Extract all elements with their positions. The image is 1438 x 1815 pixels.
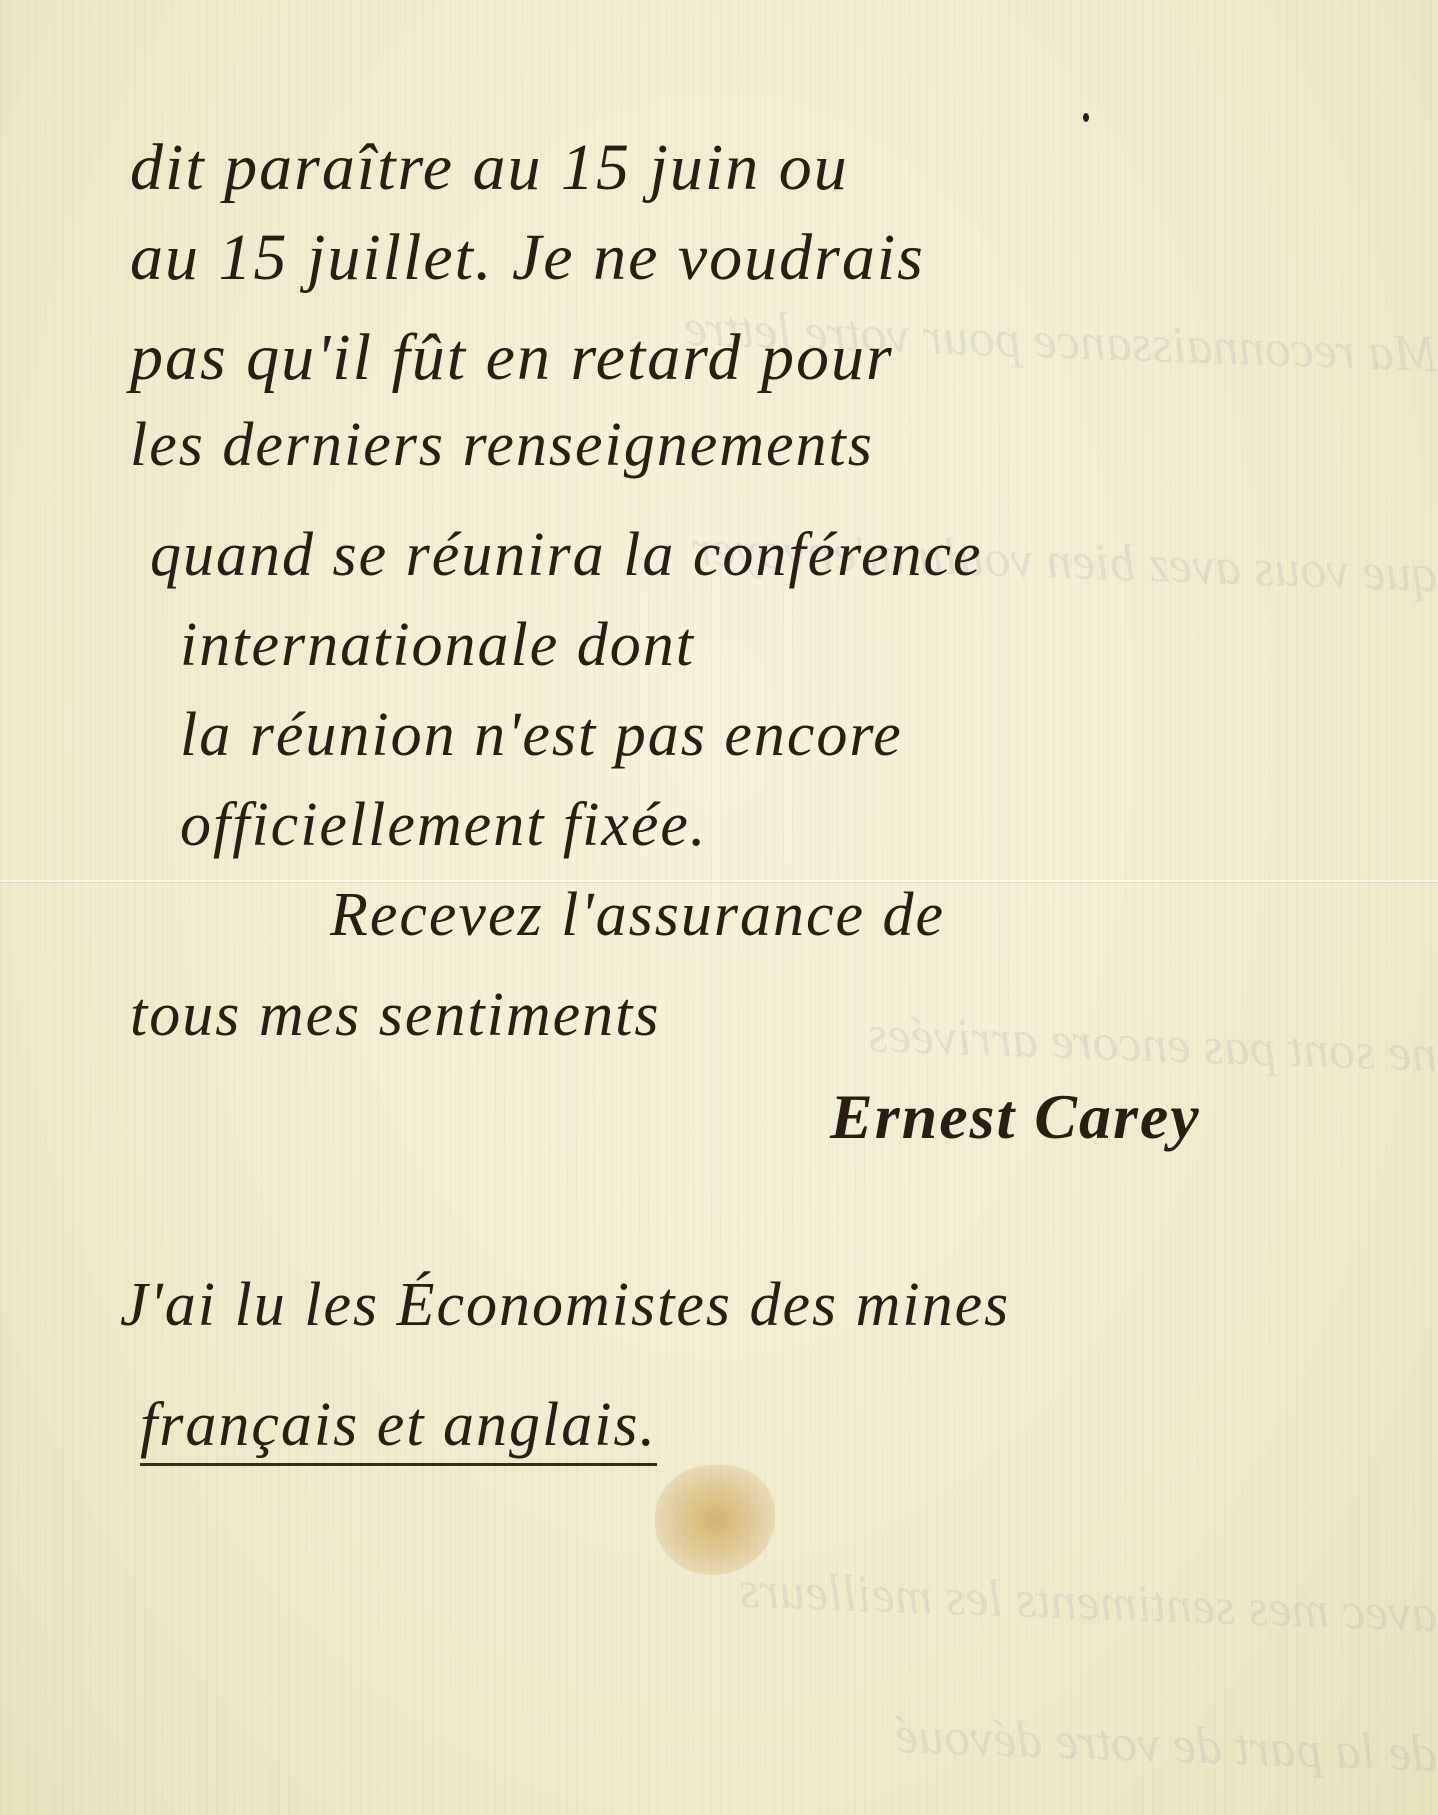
postscript-text-1: J'ai lu les Économistes des mines [120, 1271, 1010, 1339]
letter-line-8: officiellement fixée. [180, 790, 707, 861]
letter-line-5: quand se réunira la conférence [150, 520, 983, 591]
letter-line-2: au 15 juillet. Je ne voudrais [130, 220, 925, 296]
letter-line-10: tous mes sentiments [130, 980, 661, 1051]
letter-line-9: Recevez l'assurance de [330, 880, 945, 951]
bleed-through-text: de la part de votre dévoué [0, 1675, 1438, 1784]
letter-line-3: pas qu'il fût en retard pour [130, 320, 894, 396]
signature: Ernest Carey [830, 1080, 1201, 1154]
postscript-line-2: français et anglais. [140, 1390, 657, 1461]
postscript-text-2: français et anglais. [140, 1391, 657, 1466]
letter-line-1: dit paraître au 15 juin ou [130, 130, 849, 206]
letter-line-4: les derniers renseignements [130, 410, 874, 481]
letter-line-6: internationale dont [180, 610, 695, 681]
letter-page: Ma reconnaissance pour votre lettre que … [0, 0, 1438, 1815]
letter-line-7: la réunion n'est pas encore [180, 700, 903, 771]
postscript-line-1: J'ai lu les Économistes des mines [120, 1270, 1010, 1341]
ink-spot [1083, 113, 1089, 122]
paper-stain [655, 1465, 775, 1575]
